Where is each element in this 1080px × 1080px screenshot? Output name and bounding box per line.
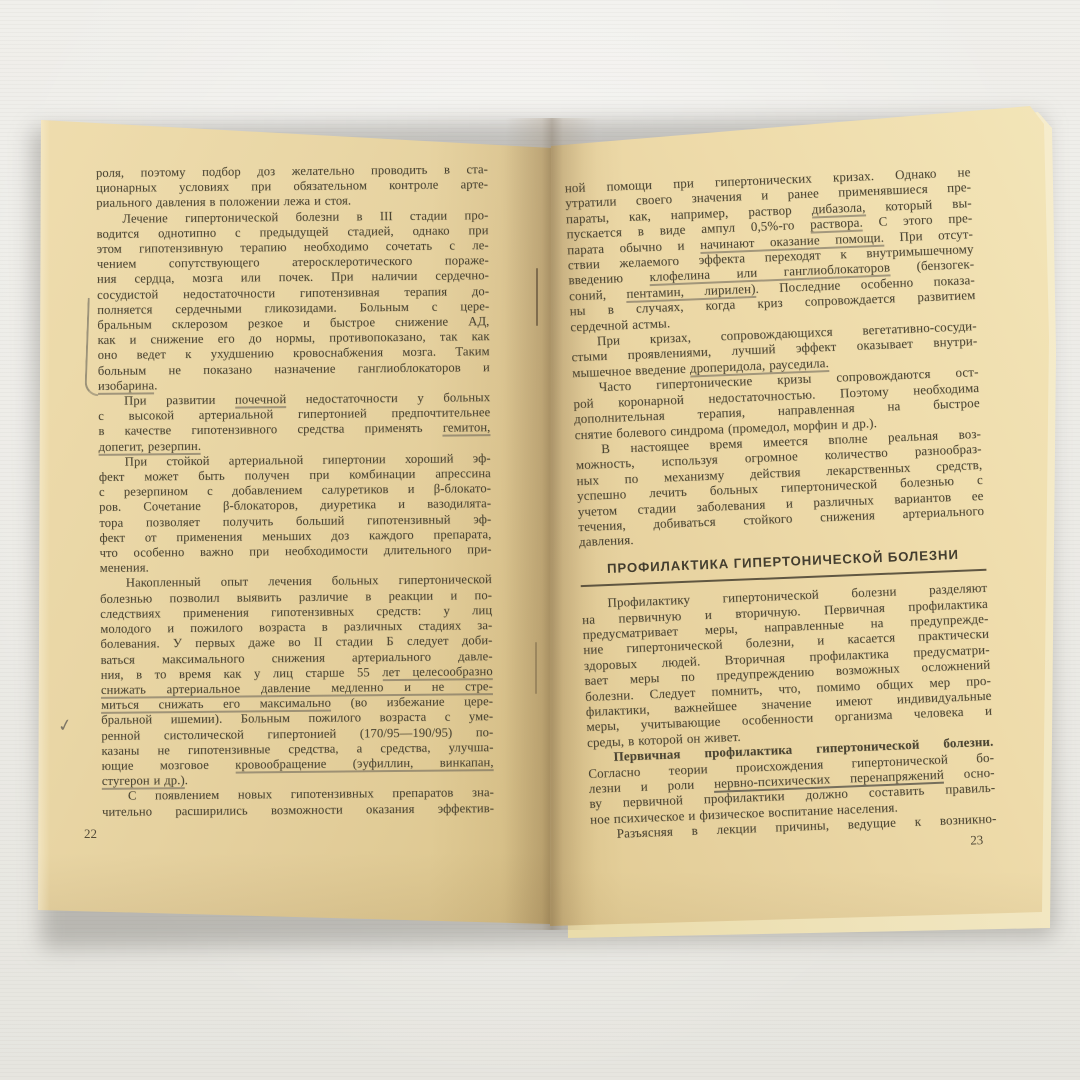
book-photo-scene: роля, поэтому подбор доз желательно пров… [0,0,1080,1080]
book-spine-crease [505,118,597,930]
section-heading: ПРОФИЛАКТИКА ГИПЕРТОНИЧЕСКОЙ БОЛЕЗНИ [580,546,987,588]
staple-icon [535,642,537,694]
right-page-text-upper: ной помощи при гипертонических кризах. О… [564,164,985,550]
left-page-number: 22 [84,826,97,842]
staple-icon [536,268,538,326]
left-page: роля, поэтому подбор доз желательно пров… [36,110,552,926]
pencil-checkmark-icon: ✓ [56,715,74,737]
right-page-text: ной помощи при гипертонических кризах. О… [564,164,997,863]
right-page: ной помощи при гипертонических кризах. О… [548,98,1050,938]
right-page-text-lower: Профилактику гипертонической болезни раз… [581,580,997,843]
left-page-text: роля, поэтому подбор доз желательно пров… [96,162,494,819]
